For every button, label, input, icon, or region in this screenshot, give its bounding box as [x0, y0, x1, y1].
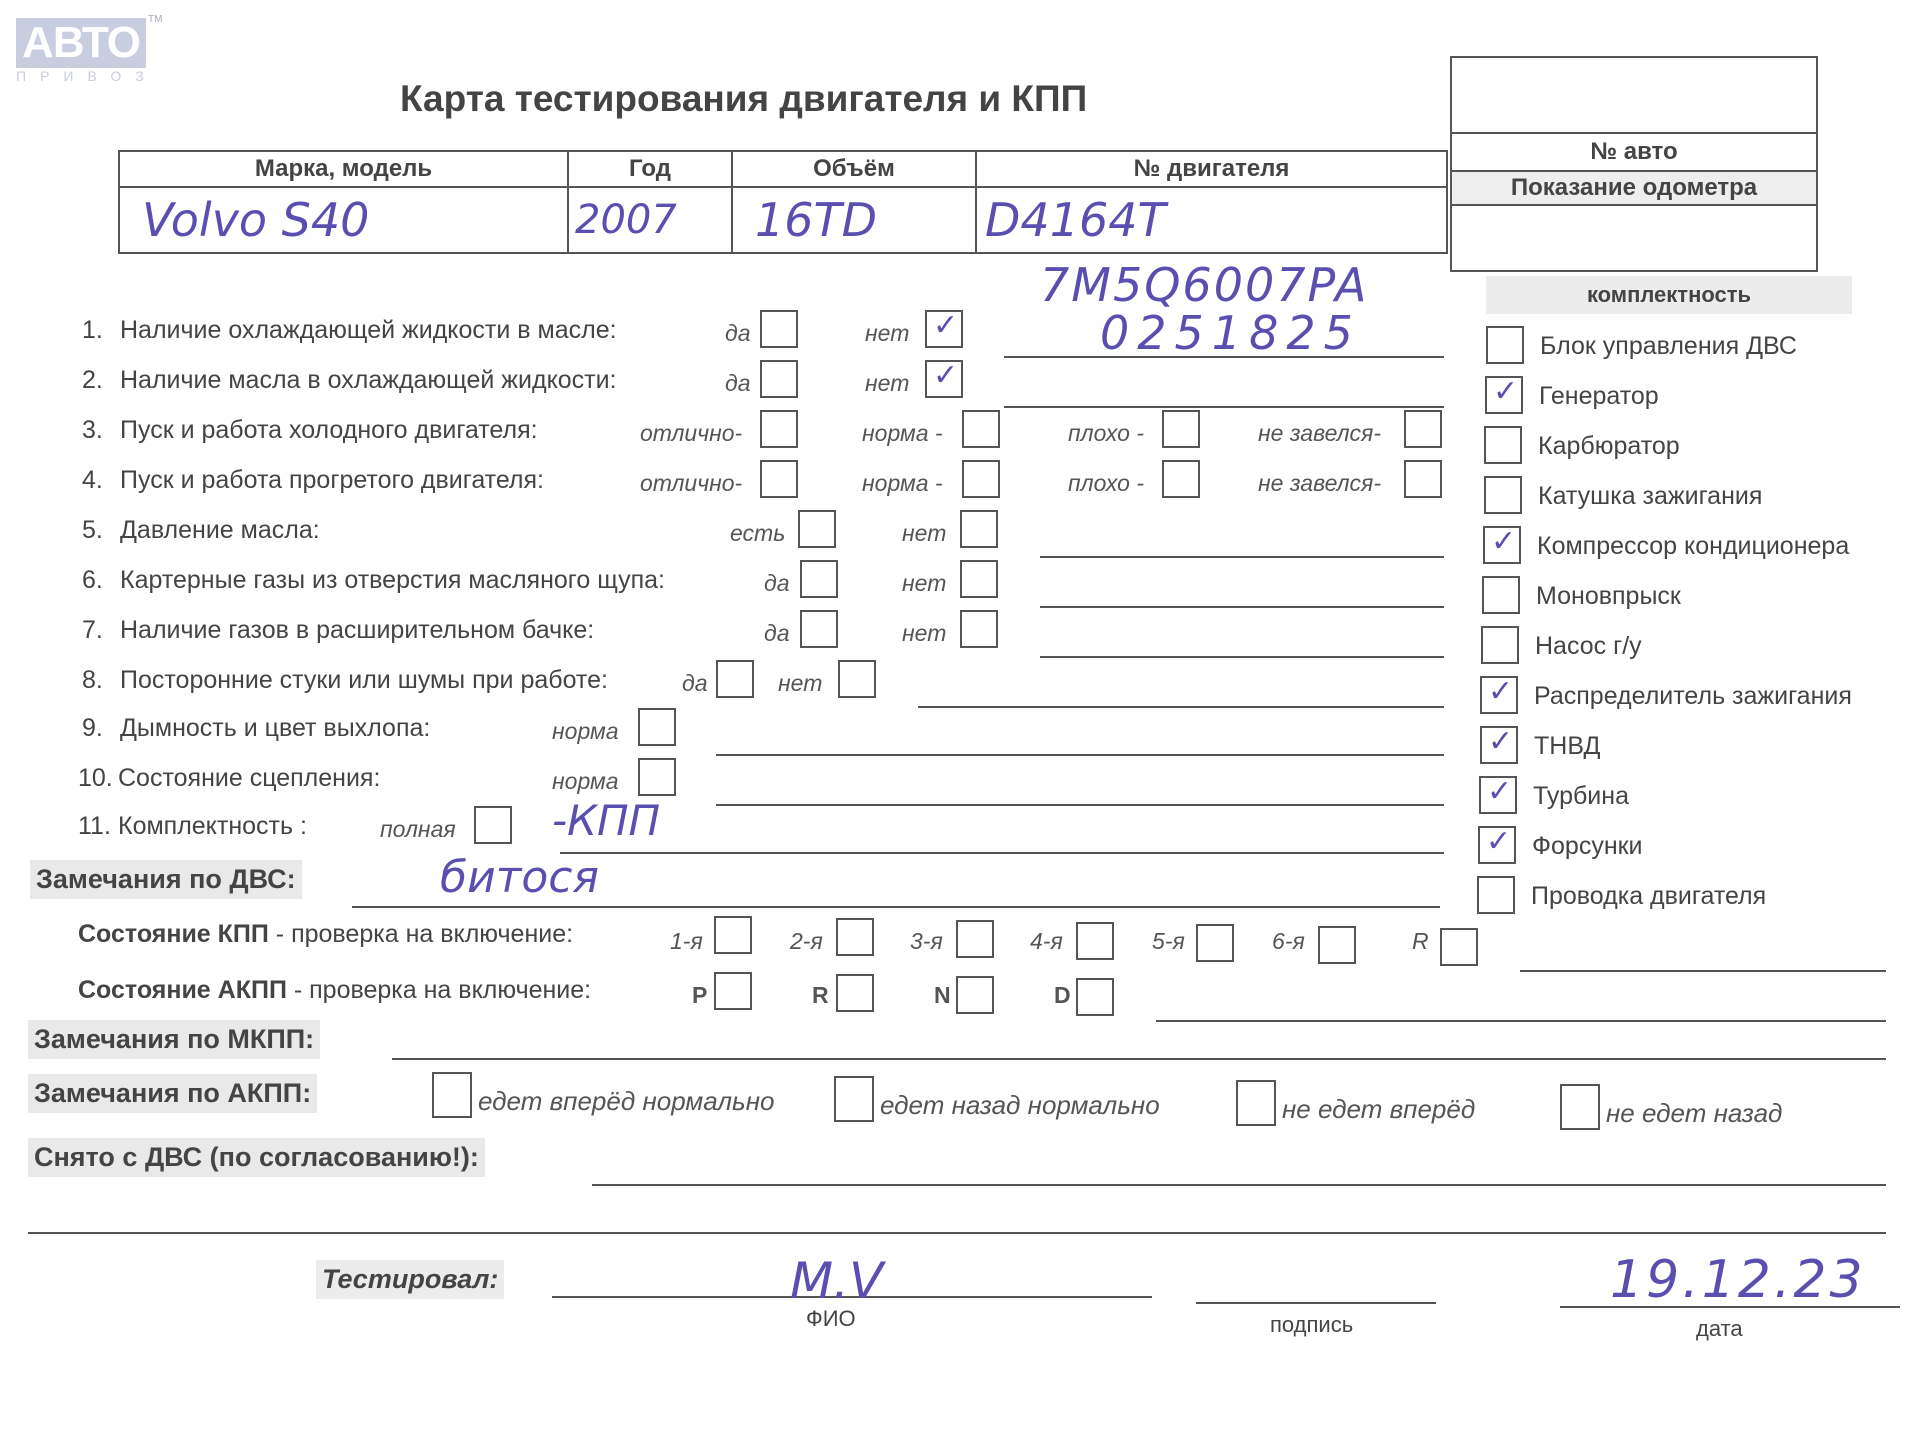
question-label: Наличие газов в расширительном бачке: — [120, 616, 594, 645]
option-label: полная — [380, 816, 456, 843]
akpp-remark-label: не едет назад — [1606, 1098, 1782, 1129]
dvs-remarks-label: Замечания по ДВС: — [30, 860, 302, 899]
question-label: Посторонние стуки или шумы при работе: — [120, 666, 608, 695]
fio-value[interactable]: M.V — [790, 1252, 883, 1310]
akpp-remark-checkbox[interactable] — [1560, 1084, 1600, 1130]
akpp-gear-label: R — [812, 982, 829, 1009]
question-label: Комплектность : — [118, 812, 307, 841]
question-number: 10. — [78, 764, 113, 793]
question-number: 5. — [82, 516, 103, 545]
akpp-remark-label: едет назад нормально — [880, 1090, 1160, 1121]
option-label: нет — [902, 570, 946, 597]
vehicle-id-box: № авто Показание одометра — [1450, 56, 1818, 272]
brand-logo-subtitle: ПРИВОЗ — [16, 68, 158, 84]
option-checkbox[interactable] — [1404, 410, 1442, 448]
kpp-label-bold: Состояние КПП — [78, 920, 269, 948]
question-notes-line — [1040, 606, 1444, 608]
question-notes-line — [918, 706, 1444, 708]
year-value[interactable]: 2007 — [568, 187, 732, 253]
kpp-gear-label: 3-я — [910, 928, 943, 955]
komplektnost-item-label: Форсунки — [1532, 832, 1643, 861]
option-label: плохо - — [1068, 420, 1144, 447]
komplektnost-item-label: Турбина — [1533, 782, 1629, 811]
kpp-gear-checkbox[interactable] — [836, 918, 874, 956]
col-header-volume: Объём — [732, 151, 976, 187]
kpp-label-rest: - проверка на включение: — [269, 920, 573, 948]
question-note[interactable]: -КПП — [552, 796, 660, 845]
kpp-gear-label: 5-я — [1152, 928, 1185, 955]
akpp-label: Состояние АКПП - проверка на включение: — [78, 976, 591, 1005]
komplektnost-item-label: Распределитель зажигания — [1534, 682, 1852, 711]
removed-label: Снято с ДВС (по согласованию!): — [28, 1138, 485, 1177]
question-label: Пуск и работа прогретого двигателя: — [120, 466, 544, 495]
option-checkbox[interactable] — [474, 806, 512, 844]
akpp-remark-label: не едет вперёд — [1282, 1094, 1475, 1125]
option-label: да — [725, 370, 751, 397]
date-value[interactable]: 19.12.23 — [1610, 1250, 1866, 1310]
option-label: да — [764, 620, 790, 647]
komplektnost-item-label: ТНВД — [1534, 732, 1600, 761]
option-label: нет — [902, 520, 946, 547]
komplektnost-item-label: Насос г/у — [1535, 632, 1642, 661]
vehicle-info-table: Марка, модель Год Объём № двигателя Volv… — [118, 150, 1448, 254]
option-label: не завелся- — [1258, 470, 1381, 497]
komplektnost-checkbox[interactable] — [1480, 726, 1518, 764]
komplektnost-item-label: Проводка двигателя — [1531, 882, 1766, 911]
option-label: да — [682, 670, 708, 697]
question-number: 1. — [82, 316, 103, 345]
option-label: норма — [552, 718, 619, 745]
form-title: Карта тестирования двигателя и КПП — [400, 78, 1087, 120]
kpp-gear-label: R — [1412, 928, 1429, 955]
akpp-notes-line — [1156, 1020, 1886, 1022]
option-checkbox[interactable] — [800, 610, 838, 648]
question-label: Дымность и цвет выхлопа: — [120, 714, 430, 743]
option-label: нет — [778, 670, 822, 697]
question-label: Давление масла: — [120, 516, 320, 545]
mkpp-remarks-line — [392, 1058, 1886, 1060]
option-label: да — [764, 570, 790, 597]
option-checkbox[interactable] — [800, 560, 838, 598]
col-header-year: Год — [568, 151, 732, 187]
komplektnost-item-label: Катушка зажигания — [1538, 482, 1762, 511]
odometer-label: Показание одометра — [1451, 171, 1817, 205]
akpp-remark-checkbox[interactable] — [834, 1076, 874, 1122]
komplektnost-checkbox[interactable] — [1480, 676, 1518, 714]
option-checkbox[interactable] — [925, 360, 963, 398]
question-notes-line — [716, 754, 1444, 756]
tested-by-label: Тестировал: — [316, 1260, 504, 1299]
komplektnost-title: комплектность — [1486, 276, 1852, 314]
akpp-remark-checkbox[interactable] — [432, 1072, 472, 1118]
col-header-engine-number: № двигателя — [976, 151, 1447, 187]
option-label: отлично- — [640, 470, 742, 497]
option-label: норма - — [862, 470, 943, 497]
komplektnost-item-label: Моновпрыск — [1536, 582, 1681, 611]
akpp-label-rest: - проверка на включение: — [287, 976, 591, 1004]
komplektnost-item-label: Карбюратор — [1538, 432, 1680, 461]
komplektnost-checkbox[interactable] — [1478, 826, 1516, 864]
date-caption: дата — [1696, 1316, 1743, 1342]
option-checkbox[interactable] — [716, 660, 754, 698]
akpp-remark-label: едет вперёд нормально — [478, 1086, 774, 1117]
kpp-gear-checkbox[interactable] — [1076, 922, 1114, 960]
option-checkbox[interactable] — [1162, 460, 1200, 498]
option-label: нет — [902, 620, 946, 647]
komplektnost-item-label: Блок управления ДВС — [1540, 332, 1797, 361]
question-number: 6. — [82, 566, 103, 595]
option-checkbox[interactable] — [760, 410, 798, 448]
komplektnost-item-label: Генератор — [1539, 382, 1659, 411]
komplektnost-checkbox[interactable] — [1477, 876, 1515, 914]
kpp-gear-checkbox[interactable] — [1440, 928, 1478, 966]
option-label: плохо - — [1068, 470, 1144, 497]
option-checkbox[interactable] — [960, 510, 998, 548]
question-label: Наличие охлаждающей жидкости в масле: — [120, 316, 617, 345]
akpp-label-bold: Состояние АКПП — [78, 976, 287, 1004]
komplektnost-checkbox[interactable] — [1485, 376, 1523, 414]
komplektnost-checkbox[interactable] — [1483, 526, 1521, 564]
kpp-gear-label: 2-я — [790, 928, 823, 955]
komplektnost-checkbox[interactable] — [1484, 426, 1522, 464]
kpp-notes-line — [1520, 970, 1886, 972]
option-label: нет — [865, 320, 909, 347]
question-label: Пуск и работа холодного двигателя: — [120, 416, 538, 445]
kpp-label: Состояние КПП - проверка на включение: — [78, 920, 573, 949]
komplektnost-checkbox[interactable] — [1482, 576, 1520, 614]
option-checkbox[interactable] — [638, 758, 676, 796]
option-checkbox[interactable] — [962, 410, 1000, 448]
question-label: Наличие масла в охлаждающей жидкости: — [120, 366, 617, 395]
option-checkbox[interactable] — [962, 460, 1000, 498]
kpp-gear-checkbox[interactable] — [1318, 926, 1356, 964]
kpp-gear-label: 6-я — [1272, 928, 1305, 955]
akpp-gear-checkbox[interactable] — [836, 974, 874, 1012]
option-checkbox[interactable] — [838, 660, 876, 698]
engine-code-extra-1: 7M5Q6007PA — [1040, 258, 1368, 312]
komplektnost-checkbox[interactable] — [1481, 626, 1519, 664]
option-label: нет — [865, 370, 909, 397]
komplektnost-checkbox[interactable] — [1479, 776, 1517, 814]
option-checkbox[interactable] — [1404, 460, 1442, 498]
option-label: не завелся- — [1258, 420, 1381, 447]
mkpp-remarks-label: Замечания по МКПП: — [28, 1020, 320, 1059]
question-number: 4. — [82, 466, 103, 495]
option-checkbox[interactable] — [1162, 410, 1200, 448]
kpp-gear-label: 1-я — [670, 928, 703, 955]
engine-code-extra-2: 0251825 — [1100, 306, 1361, 360]
akpp-gear-label: N — [934, 982, 951, 1009]
option-checkbox[interactable] — [960, 560, 998, 598]
question-number: 3. — [82, 416, 103, 445]
option-checkbox[interactable] — [960, 610, 998, 648]
komplektnost-checkbox[interactable] — [1486, 326, 1524, 364]
komplektnost-checkbox[interactable] — [1484, 476, 1522, 514]
kpp-gear-checkbox[interactable] — [956, 920, 994, 958]
option-label: отлично- — [640, 420, 742, 447]
akpp-remark-checkbox[interactable] — [1236, 1080, 1276, 1126]
akpp-remarks-label: Замечания по АКПП: — [28, 1074, 317, 1113]
option-checkbox[interactable] — [638, 708, 676, 746]
question-notes-line — [1004, 356, 1444, 358]
option-checkbox[interactable] — [760, 360, 798, 398]
question-number: 7. — [82, 616, 103, 645]
question-notes-line — [1004, 406, 1444, 408]
question-notes-line — [560, 852, 1444, 854]
kpp-gear-checkbox[interactable] — [1196, 924, 1234, 962]
no-auto-value[interactable] — [1451, 57, 1817, 133]
akpp-gear-checkbox[interactable] — [714, 972, 752, 1010]
signature-caption: подпись — [1270, 1312, 1353, 1338]
removed-line-1 — [592, 1184, 1886, 1186]
question-number: 11. — [78, 812, 111, 841]
odometer-value[interactable] — [1451, 205, 1817, 271]
question-notes-line — [716, 804, 1444, 806]
akpp-gear-checkbox[interactable] — [956, 976, 994, 1014]
question-notes-line — [1040, 656, 1444, 658]
question-number: 8. — [82, 666, 103, 695]
question-number: 2. — [82, 366, 103, 395]
question-label: Картерные газы из отверстия масляного щу… — [120, 566, 665, 595]
option-label: есть — [730, 520, 785, 547]
make-model-value[interactable]: Volvo S40 — [119, 187, 568, 253]
option-checkbox[interactable] — [798, 510, 836, 548]
question-notes-line — [1040, 556, 1444, 558]
akpp-gear-checkbox[interactable] — [1076, 978, 1114, 1016]
option-checkbox[interactable] — [925, 310, 963, 348]
no-auto-label: № авто — [1451, 133, 1817, 171]
question-label: Состояние сцепления: — [118, 764, 380, 793]
kpp-gear-label: 4-я — [1030, 928, 1063, 955]
question-number: 9. — [82, 714, 103, 743]
option-checkbox[interactable] — [760, 460, 798, 498]
col-header-make-model: Марка, модель — [119, 151, 568, 187]
signature-line — [1196, 1302, 1436, 1304]
option-label: норма - — [862, 420, 943, 447]
option-checkbox[interactable] — [760, 310, 798, 348]
brand-logo: АВТО — [16, 18, 146, 68]
engine-number-value[interactable]: D4164T — [976, 187, 1447, 253]
volume-value[interactable]: 16TD — [732, 187, 976, 253]
akpp-gear-label: D — [1054, 982, 1071, 1009]
option-label: да — [725, 320, 751, 347]
kpp-gear-checkbox[interactable] — [714, 916, 752, 954]
trademark-mark: TM — [148, 14, 162, 25]
removed-line-2 — [28, 1232, 1886, 1234]
dvs-remarks-value[interactable]: битося — [440, 852, 599, 903]
option-label: норма — [552, 768, 619, 795]
dvs-remarks-line — [352, 906, 1440, 908]
komplektnost-item-label: Компрессор кондиционера — [1537, 532, 1849, 561]
akpp-gear-label: P — [692, 982, 707, 1009]
